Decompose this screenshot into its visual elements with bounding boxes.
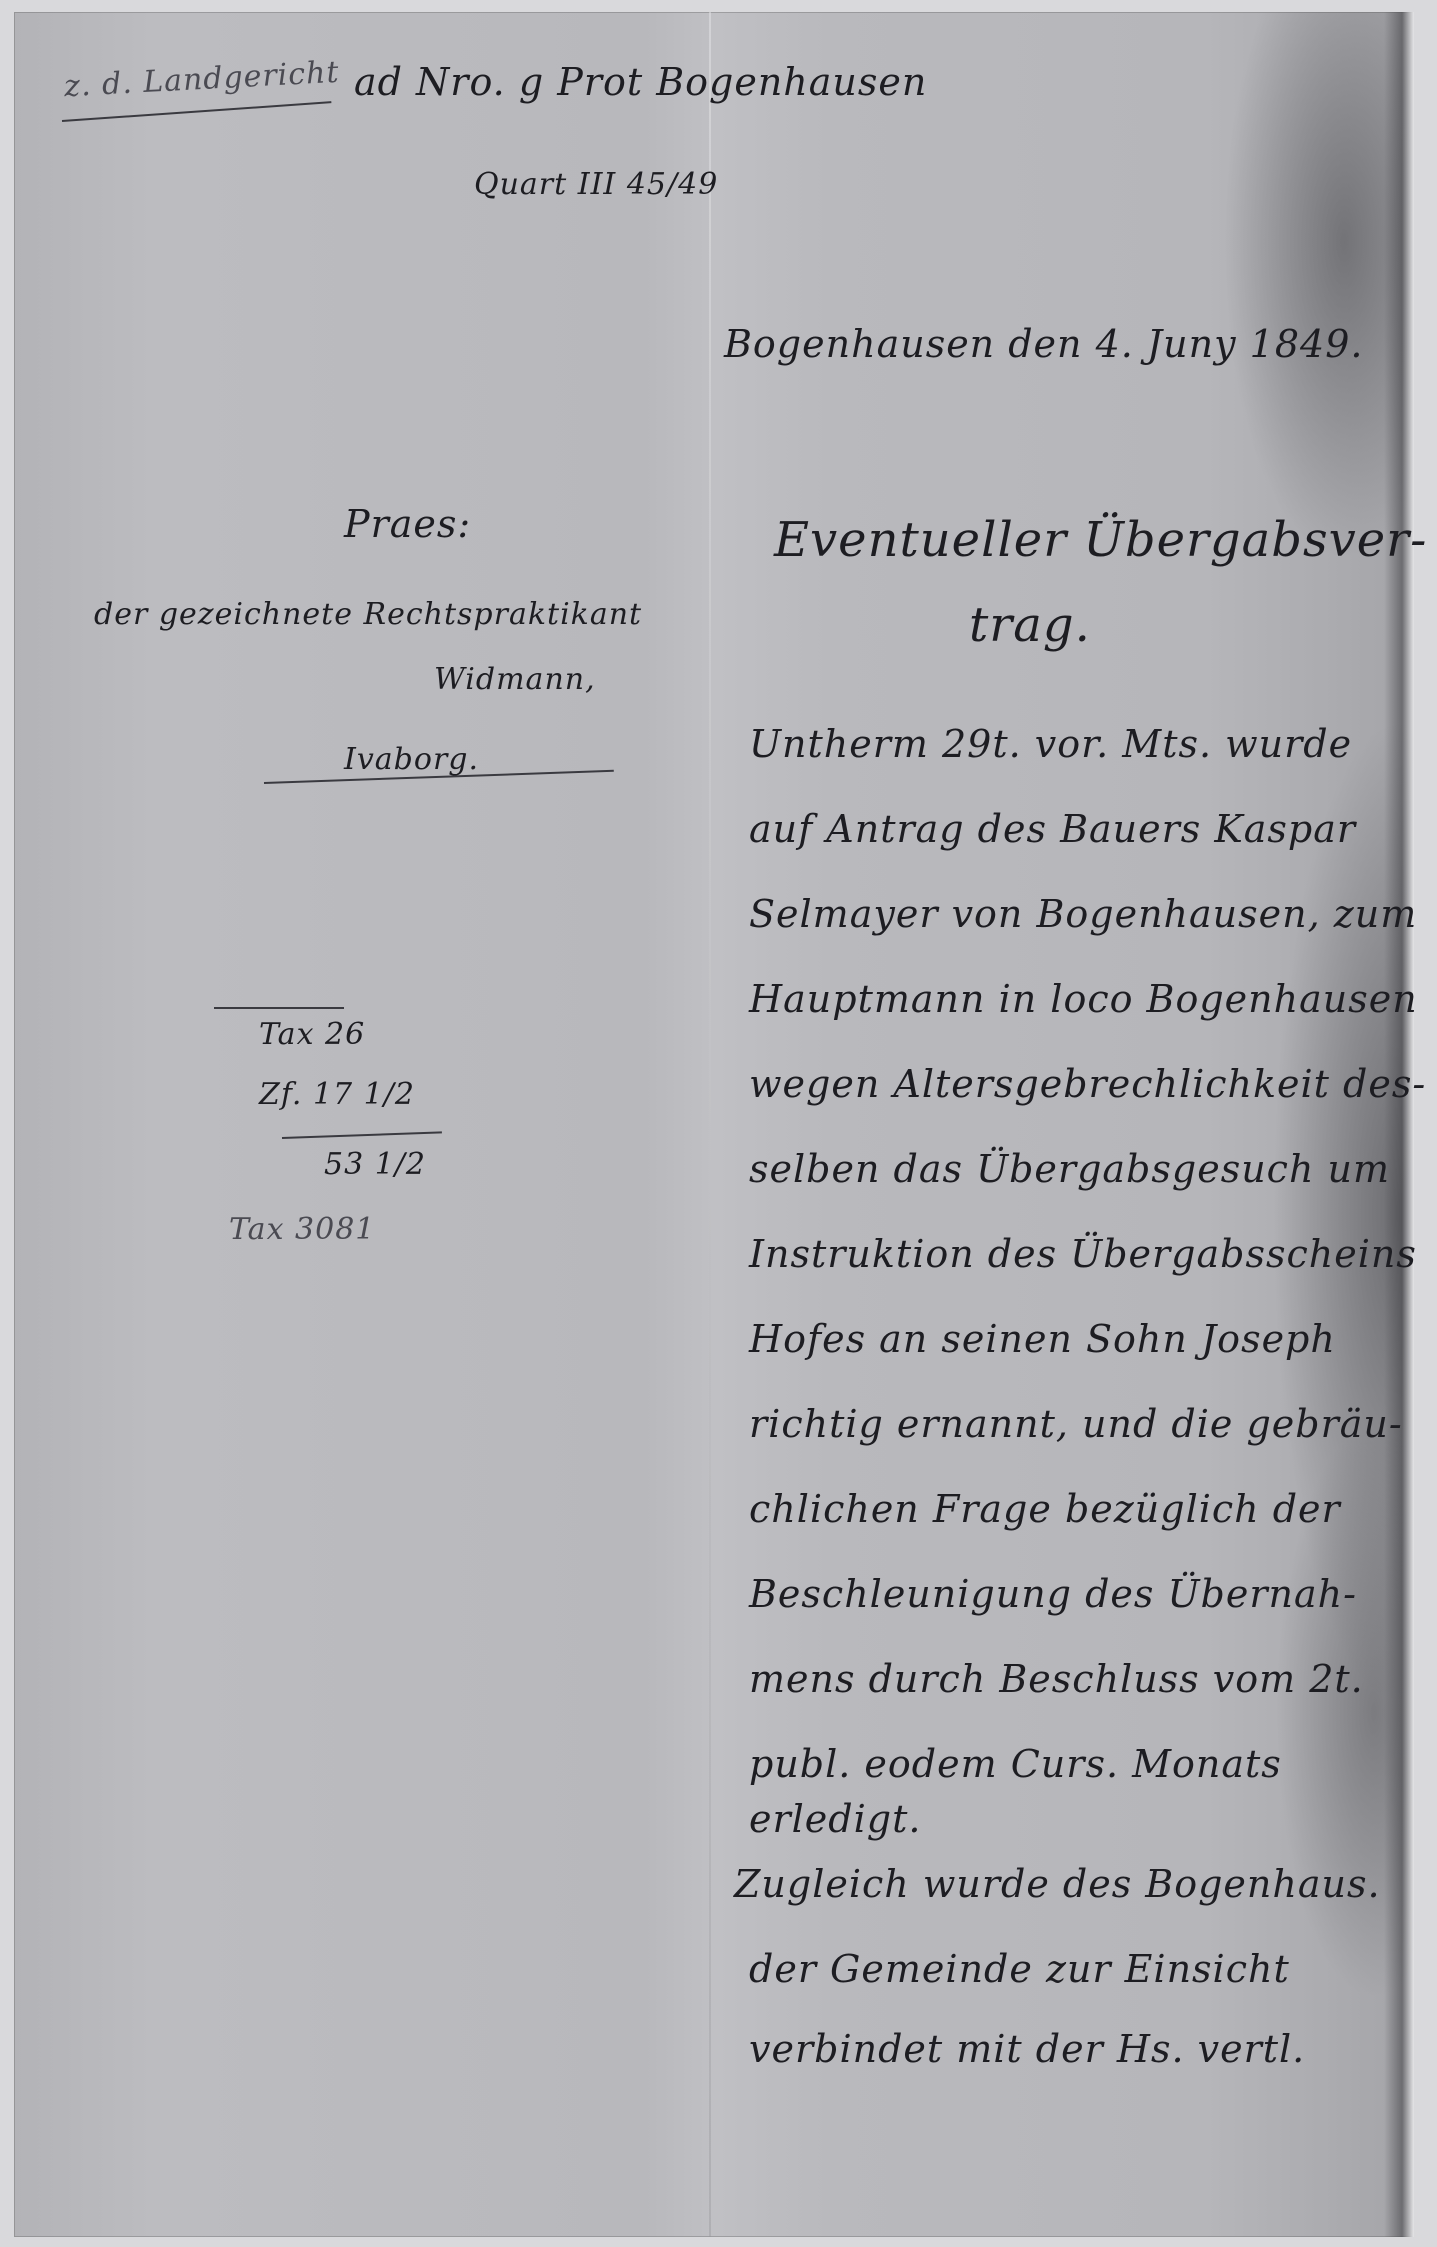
body-line: auf Antrag des Bauers Kaspar	[749, 807, 1356, 851]
body-line: Beschleunigung des Übernah-	[749, 1572, 1357, 1616]
praes-label: Praes:	[344, 502, 471, 546]
body-line: Selmayer von Bogenhausen, zum	[749, 892, 1417, 936]
body-line: Instruktion des Übergabsscheins	[749, 1232, 1417, 1276]
calc-sum-rule	[282, 1131, 442, 1139]
document-title-line-2: trag.	[969, 597, 1091, 653]
calc-result: 53 1/2	[324, 1147, 426, 1182]
body-line: verbindet mit der Hs. vertl.	[749, 2027, 1305, 2071]
calc-line-1: Tax 26	[259, 1017, 365, 1052]
page-right-edge-shadow	[1384, 12, 1414, 2237]
document-title-line-1: Eventueller Übergabsver-	[774, 512, 1427, 568]
praes-line-1: der gezeichnete Rechtspraktikant	[94, 597, 642, 632]
calc-top-rule	[214, 1007, 344, 1009]
body-line: selben das Übergabsgesuch um	[749, 1147, 1390, 1191]
praes-line-3: Ivaborg.	[344, 742, 479, 777]
body-line: chlichen Frage bezüglich der	[749, 1487, 1341, 1531]
body-line: Hofes an seinen Sohn Joseph	[749, 1317, 1336, 1361]
body-line: der Gemeinde zur Einsicht	[749, 1947, 1290, 1991]
body-line: richtig ernannt, und die gebräu-	[749, 1402, 1403, 1446]
place-date: Bogenhausen den 4. Juny 1849.	[724, 322, 1363, 366]
page-fold-line	[709, 12, 711, 2237]
body-line: Hauptmann in loco Bogenhausen	[749, 977, 1418, 1021]
calc-reference: Tax 3081	[229, 1212, 375, 1247]
scanned-document-page: z. d. Landgericht ad Nro. g Prot Bogenha…	[14, 12, 1414, 2237]
body-line: erledigt.	[749, 1797, 921, 1841]
body-line: mens durch Beschluss vom 2t.	[749, 1657, 1364, 1701]
top-left-note: z. d. Landgericht	[63, 55, 340, 104]
archive-reference: Quart III 45/49	[474, 167, 718, 202]
body-line: publ. eodem Curs. Monats	[749, 1742, 1282, 1786]
top-center-note: ad Nro. g Prot Bogenhausen	[354, 60, 927, 104]
top-left-note-underline	[62, 101, 331, 122]
body-line: Zugleich wurde des Bogenhaus.	[734, 1862, 1381, 1906]
body-line: Untherm 29t. vor. Mts. wurde	[749, 722, 1352, 766]
praes-line-2: Widmann,	[434, 662, 596, 697]
body-line: wegen Altersgebrechlichkeit des-	[749, 1062, 1426, 1106]
calc-line-2: Zf. 17 1/2	[259, 1077, 415, 1112]
